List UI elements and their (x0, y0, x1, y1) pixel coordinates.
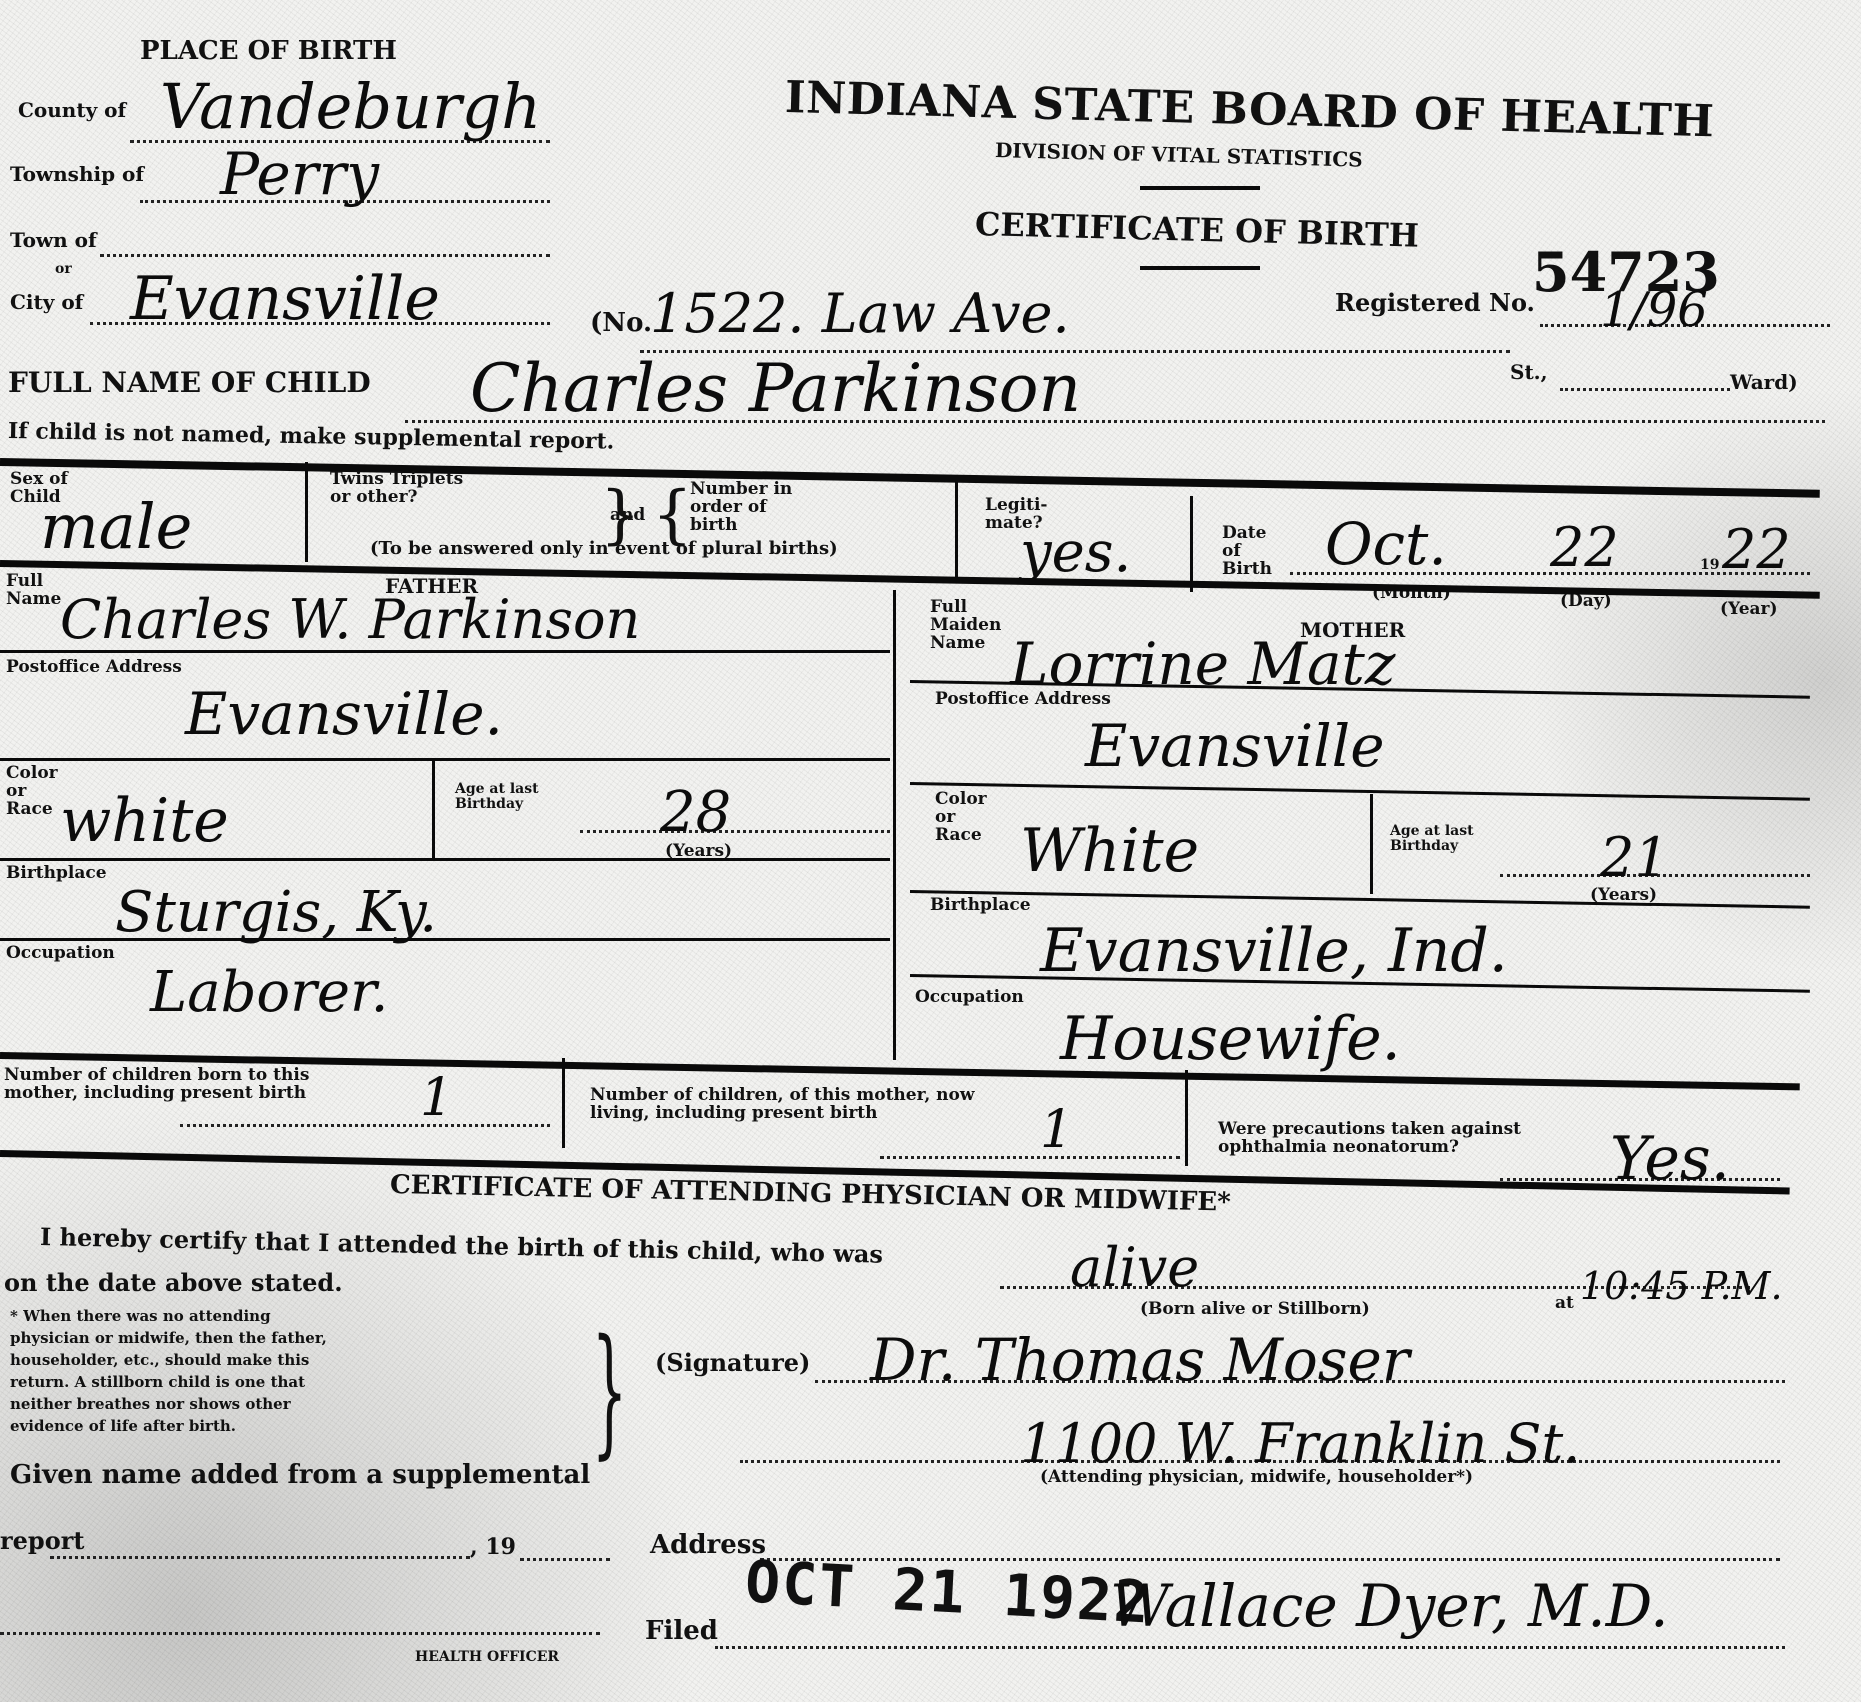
mother-age-label: Age at last Birthday (1390, 824, 1510, 854)
given-name-note: Given name added from a supplemental (10, 1460, 590, 1490)
father-birthplace-value: Sturgis, Ky. (115, 880, 437, 945)
father-race-label: Color or Race (6, 764, 66, 818)
street-number-label: (No. (590, 308, 652, 338)
dob-month-value: Oct. (1325, 510, 1447, 578)
signature-label: (Signature) (655, 1348, 810, 1377)
township-label: Township of (10, 162, 144, 186)
mother-race-value: White (1020, 816, 1199, 886)
dob-year-prefix: 19 (1700, 558, 1719, 573)
father-birthplace-label: Birthplace (6, 864, 107, 882)
mother-occupation-label: Occupation (915, 988, 1024, 1006)
street-value: 1522. Law Ave. (650, 282, 1070, 345)
dob-year-value: 22 (1722, 518, 1791, 581)
footnote-text: * When there was no attending physician … (10, 1305, 330, 1437)
street-label: St., (1510, 360, 1548, 384)
mother-occupation-value: Housewife. (1060, 1004, 1401, 1074)
birth-status-value: alive (1070, 1236, 1199, 1299)
plurality-label: Twins Triplets or other? (330, 470, 470, 506)
father-address-value: Evansville. (185, 680, 503, 748)
father-occupation-value: Laborer. (150, 960, 388, 1025)
mother-name-label: Full Maiden Name (930, 598, 1000, 652)
father-race-value: white (60, 786, 229, 856)
city-label: City of (10, 290, 83, 314)
town-label: Town of (10, 228, 97, 252)
registered-label: Registered No. (1335, 288, 1535, 317)
year-caption: (Year) (1720, 600, 1778, 618)
board-title: INDIANA STATE BOARD OF HEALTH (784, 72, 1715, 147)
township-value: Perry (220, 140, 379, 208)
footnote-brace-icon: } (592, 1310, 628, 1473)
health-officer-label: HEALTH OFFICER (415, 1650, 559, 1665)
mother-age-value: 21 (1600, 826, 1669, 889)
father-name-label: Full Name (6, 572, 66, 608)
birth-status-caption: (Born alive or Stillborn) (1140, 1300, 1370, 1318)
father-age-value: 28 (660, 780, 731, 845)
city-value: Evansville (130, 264, 440, 334)
dob-day-value: 22 (1550, 516, 1619, 579)
and-label: and (610, 506, 645, 524)
mother-address-label: Postoffice Address (935, 690, 1111, 708)
birth-time-value: 10:45 P.M. (1580, 1264, 1783, 1308)
father-name-value: Charles W. Parkinson (60, 588, 640, 651)
or-label: or (55, 262, 72, 277)
certificate-title: CERTIFICATE OF BIRTH (975, 205, 1420, 255)
mother-birthplace-label: Birthplace (930, 896, 1031, 914)
physician-address-value: 1100 W. Franklin St. (1020, 1412, 1580, 1475)
certify-text: I hereby certify that I attended the bir… (40, 1222, 884, 1269)
county-label: County of (18, 98, 126, 122)
child-name-label: FULL NAME OF CHILD (8, 366, 371, 399)
filed-label: Filed (645, 1616, 718, 1646)
ward-label: Ward) (1730, 370, 1798, 394)
signer-caption: (Attending physician, midwife, household… (1040, 1468, 1473, 1486)
children-born-value: 1 (420, 1068, 453, 1128)
sex-value: male (40, 490, 192, 563)
father-address-label: Postoffice Address (6, 658, 182, 676)
mother-birthplace-value: Evansville, Ind. (1040, 916, 1508, 986)
children-living-value: 1 (1040, 1100, 1073, 1160)
registered-number-handwritten: 1/96 (1600, 282, 1708, 338)
date-of-birth-label: Date of Birth (1222, 524, 1282, 578)
date-above-stated: on the date above stated. (4, 1268, 343, 1297)
plural-births-note: (To be answered only in event of plural … (370, 540, 838, 558)
place-of-birth-heading: PLACE OF BIRTH (140, 36, 397, 66)
birth-certificate: PLACE OF BIRTH County of Vandeburgh Town… (0, 0, 1861, 1702)
report-year-prefix: , 19 (470, 1534, 516, 1560)
precautions-label: Were precautions taken against ophthalmi… (1218, 1120, 1578, 1156)
father-occupation-label: Occupation (6, 944, 115, 962)
registrar-signature: Wallace Dyer, M.D. (1110, 1572, 1669, 1640)
physician-signature: Dr. Thomas Moser (870, 1326, 1410, 1394)
mother-address-value: Evansville (1085, 712, 1385, 780)
birth-order-label: Number in order of birth (690, 480, 800, 534)
mother-race-label: Color or Race (935, 790, 995, 844)
report-label: report (0, 1526, 84, 1555)
division-title: DIVISION OF VITAL STATISTICS (995, 138, 1363, 172)
children-living-label: Number of children, of this mother, now … (590, 1086, 990, 1122)
legitimate-value: yes. (1020, 520, 1131, 585)
county-value: Vandeburgh (160, 70, 541, 143)
children-born-label: Number of children born to this mother, … (4, 1066, 354, 1102)
father-age-label: Age at last Birthday (455, 782, 575, 812)
child-name-value: Charles Parkinson (470, 350, 1081, 427)
time-at-label: at (1555, 1294, 1574, 1312)
